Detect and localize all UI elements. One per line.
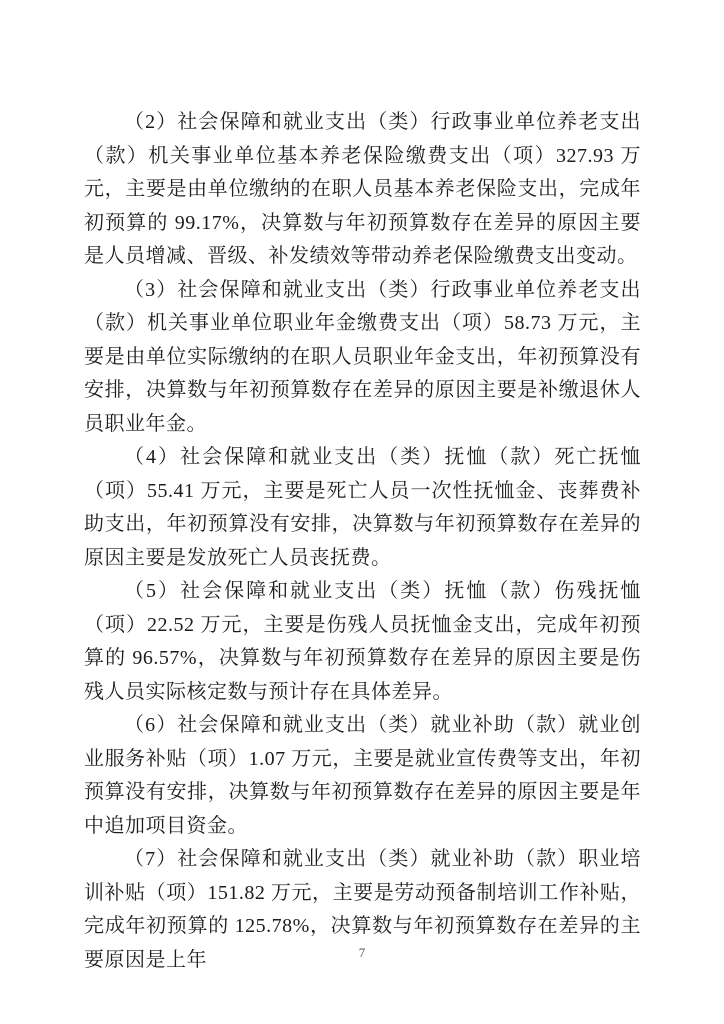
paragraph: （5）社会保障和就业支出（类）抚恤（款）伤残抚恤（项）22.52 万元，主要是伤… [84,575,641,709]
paragraph: （6）社会保障和就业支出（类）就业补助（款）就业创业服务补贴（项）1.07 万元… [84,709,641,843]
document-body: （2）社会保障和就业支出（类）行政事业单位养老支出（款）机关事业单位基本养老保险… [84,106,641,977]
page-number: 7 [359,945,366,960]
page-footer: 7 [0,944,724,962]
paragraph: （3）社会保障和就业支出（类）行政事业单位养老支出（款）机关事业单位职业年金缴费… [84,274,641,442]
paragraph: （2）社会保障和就业支出（类）行政事业单位养老支出（款）机关事业单位基本养老保险… [84,106,641,274]
paragraph: （4）社会保障和就业支出（类）抚恤（款）死亡抚恤（项）55.41 万元，主要是死… [84,441,641,575]
document-page: （2）社会保障和就业支出（类）行政事业单位养老支出（款）机关事业单位基本养老保险… [0,0,724,1024]
